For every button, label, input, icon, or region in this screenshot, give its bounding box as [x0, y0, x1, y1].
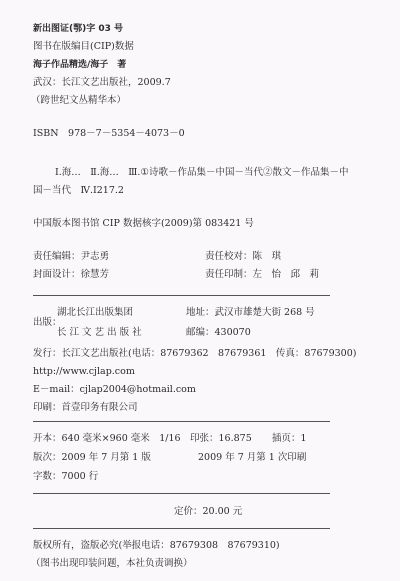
series-name: （跨世纪文丛精华本） [31, 95, 126, 107]
publisher-line: 武汉：长江文艺出版社，2009.7 [33, 77, 171, 89]
website-link[interactable]: http://www.cjlap.com [33, 366, 135, 378]
price: 定价：20.00 元 [174, 506, 242, 518]
distribution: 发行：长江文艺出版社(电话：87679362 87679361 传真：87679… [33, 348, 356, 360]
email-link[interactable]: E－mail：cjlap2004@hotmail.com [33, 384, 196, 396]
printer: 印刷：首壹印务有限公司 [33, 402, 138, 414]
spec-edition: 版次：2009 年 7 月第 1 版 [33, 452, 151, 464]
classification-line-1: Ⅰ.海… Ⅱ.海… Ⅲ.①诗歌－作品集－中国－当代②散文－作品集－中 [55, 167, 348, 179]
credit-cover-design: 封面设计：徐慧芳 [33, 269, 109, 281]
spec-inserts: 插页：1 [272, 433, 307, 445]
copyright-notice: 版权所有，盗版必究(举报电话：87679308 87679310) [33, 540, 280, 552]
divider [33, 493, 330, 494]
credit-printing-manager: 责任印制：左 怡 邱 莉 [205, 269, 319, 281]
cip-heading: 图书在版编目(CIP)数据 [33, 41, 134, 53]
publisher-group: 湖北长江出版集团 [57, 307, 133, 319]
credit-proofreader: 责任校对：陈 琪 [205, 251, 281, 263]
publisher-postcode: 邮编：430070 [186, 327, 251, 339]
cip-number: 中国版本图书馆 CIP 数据核字(2009)第 083421 号 [33, 218, 254, 230]
credit-editor: 责任编辑：尹志勇 [33, 251, 109, 263]
replacement-notice: （图书出现印装问题，本社负责调换） [31, 558, 193, 570]
isbn: ISBN 978－7－5354－4073－0 [33, 128, 185, 140]
spec-sheets: 印张：16.875 [190, 433, 252, 445]
classification-line-2: 国－当代 Ⅳ.I217.2 [33, 185, 124, 197]
divider [33, 295, 330, 296]
license-number: 新出图证(鄂)字 03 号 [33, 23, 123, 35]
publisher-address: 地址：武汉市雄楚大街 268 号 [186, 307, 315, 319]
spec-format: 开本：640 毫米×960 毫米 1/16 [33, 433, 181, 445]
spec-printing: 2009 年 7 月第 1 次印刷 [198, 452, 306, 464]
divider [33, 528, 330, 529]
publisher-house: 长 江 文 艺 出 版 社 [57, 327, 142, 339]
spec-word-count: 字数：7000 行 [33, 471, 98, 483]
book-title: 海子作品精选/海子 著 [33, 59, 126, 71]
divider [33, 421, 330, 422]
